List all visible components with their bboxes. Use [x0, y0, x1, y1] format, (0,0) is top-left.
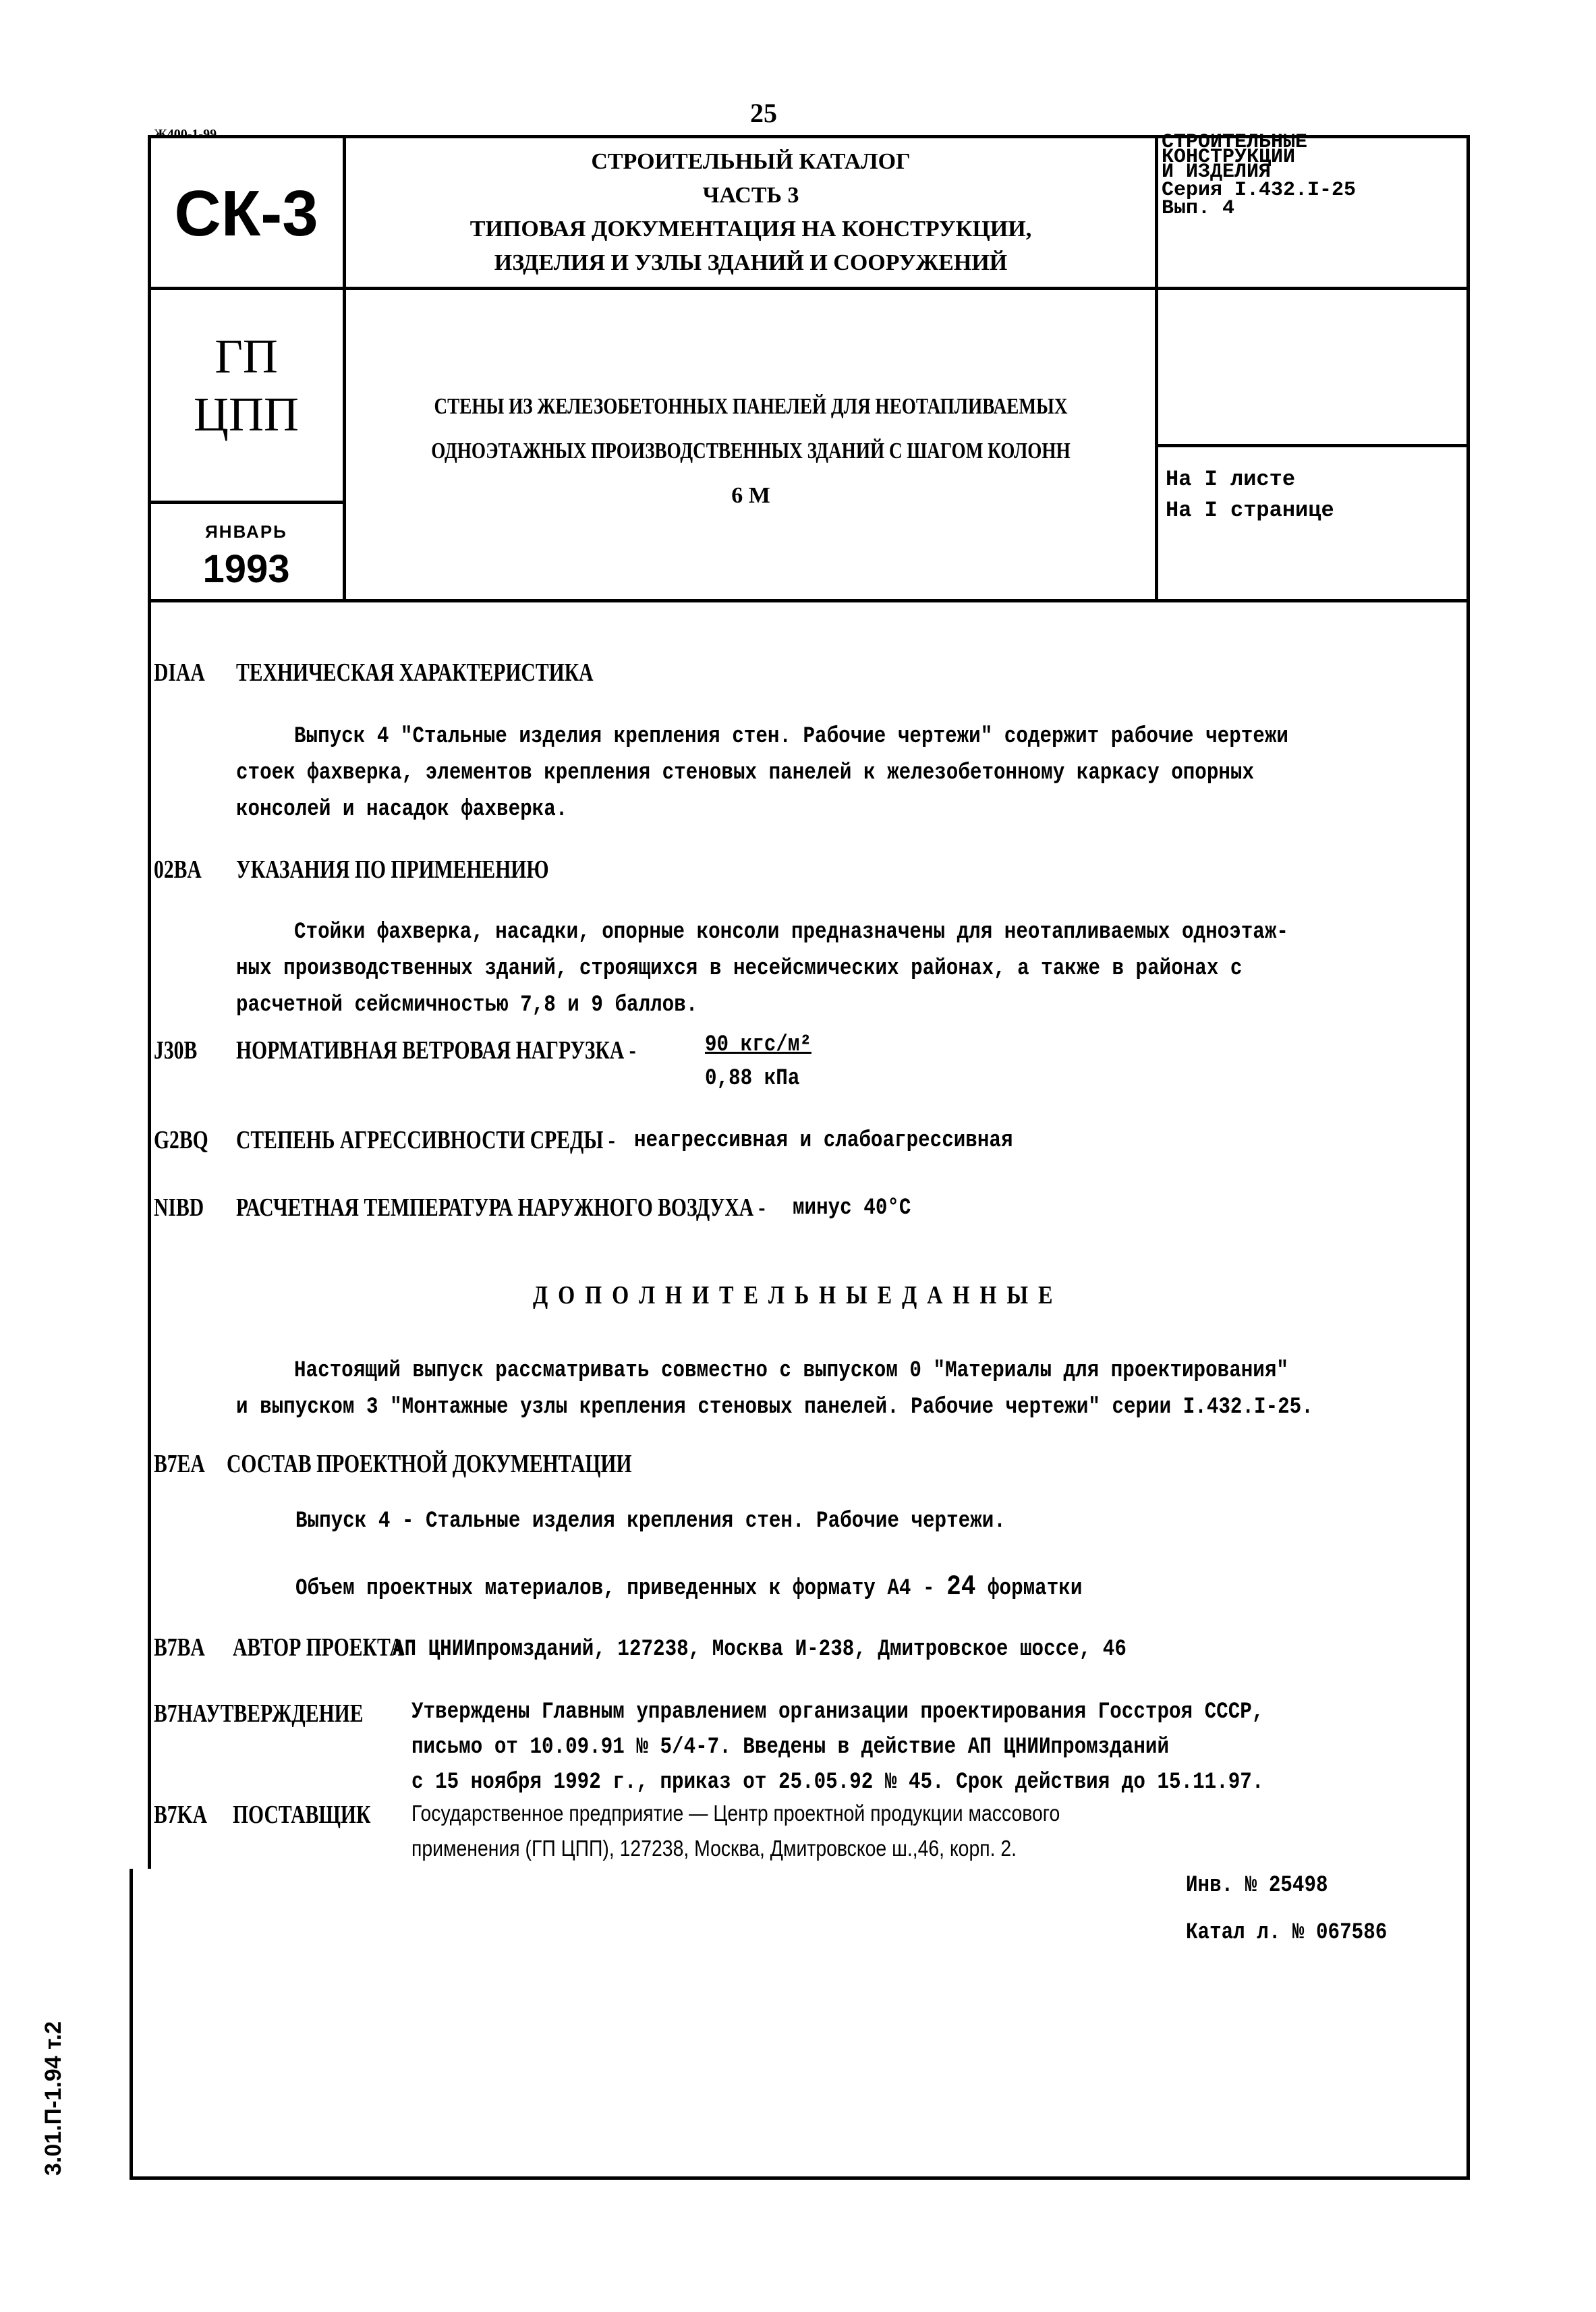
section-heading: ТЕХНИЧЕСКАЯ ХАРАКТЕРИСТИКА	[236, 658, 594, 687]
para-line: консолей и насадок фахверка.	[236, 791, 1288, 828]
para-line: ных производственных зданий, строящихся …	[236, 951, 1288, 987]
para-line: стоек фахверка, элементов крепления стен…	[236, 755, 1288, 791]
title-line: ОДНОЭТАЖНЫХ ПРОИЗВОДСТВЕННЫХ ЗДАНИЙ С ША…	[427, 429, 1075, 474]
section-heading: ПОСТАВЩИК	[233, 1800, 370, 1830]
document-title: СТЕНЫ ИЗ ЖЕЛЕЗОБЕТОННЫХ ПАНЕЛЕЙ ДЛЯ НЕОТ…	[346, 385, 1156, 518]
publisher-line: ЦПП	[148, 385, 345, 443]
supplier-paragraph: Государственное предприятие — Центр прое…	[411, 1796, 1060, 1866]
section-code: B7BA	[154, 1633, 205, 1662]
composition-line2: Объем проектных материалов, приведенных …	[295, 1569, 1082, 1607]
year: 1993	[148, 546, 345, 592]
publisher: ГП ЦПП	[148, 327, 345, 443]
classification-line: И ИЗДЕЛИЯ	[1162, 165, 1356, 179]
catalog-line: ИЗДЕЛИЯ И УЗЛЫ ЗДАНИЙ И СООРУЖЕНИЙ	[346, 246, 1156, 280]
section-code: 02BA	[154, 855, 202, 884]
section-heading: УКАЗАНИЯ ПО ПРИМЕНЕНИЮ	[236, 855, 549, 884]
month: ЯНВАРЬ	[148, 521, 345, 542]
section-heading: СТЕПЕНЬ АГРЕССИВНОСТИ СРЕДЫ -	[236, 1125, 615, 1155]
classification-line: Вып. 4	[1162, 201, 1356, 216]
section-heading: УТВЕРЖДЕНИЕ	[206, 1699, 363, 1728]
para-line: Утверждены Главным управлением организац…	[411, 1695, 1263, 1730]
section-code: G2BQ	[154, 1125, 208, 1155]
section-code: DIAA	[154, 658, 205, 687]
para-line: Стойки фахверка, насадки, опорные консол…	[236, 914, 1288, 951]
usage-paragraph: Стойки фахверка, насадки, опорные консол…	[236, 914, 1288, 1023]
para-line: Государственное предприятие — Центр прое…	[411, 1796, 1060, 1831]
frame-left-lower	[130, 1869, 133, 2179]
publisher-line: ГП	[148, 327, 345, 385]
section-code: B7HA	[154, 1699, 207, 1728]
page-number: 25	[750, 97, 777, 129]
catalog-title: СТРОИТЕЛЬНЫЙ КАТАЛОГ ЧАСТЬ 3 ТИПОВАЯ ДОК…	[346, 145, 1156, 280]
catalog-line: ТИПОВАЯ ДОКУМЕНТАЦИЯ НА КОНСТРУКЦИИ,	[346, 213, 1156, 246]
section-code: J30B	[154, 1036, 197, 1065]
header-row2-right	[1155, 444, 1470, 447]
extra-heading: Д О П О Л Н И Т Е Л Ь Н Ы Е Д А Н Н Ы Е	[533, 1280, 1055, 1310]
approval-paragraph: Утверждены Главным управлением организац…	[411, 1695, 1263, 1800]
composition-text: Объем проектных материалов, приведенных …	[295, 1576, 935, 1602]
para-line: письмо от 10.09.91 № 5/4-7. Введены в де…	[411, 1730, 1263, 1765]
inventory-number: Инв. № 25498	[1186, 1867, 1328, 1904]
tech-paragraph: Выпуск 4 "Стальные изделия крепления сте…	[236, 718, 1288, 828]
header-bottom	[148, 599, 1470, 602]
catalog-sheet-number: Катал л. № 067586	[1186, 1915, 1387, 1951]
para-line: применения (ГП ЦПП), 127238, Москва, Дми…	[411, 1831, 1060, 1866]
classification-block: СТРОИТЕЛЬНЫЕ КОНСТРУКЦИИ И ИЗДЕЛИЯ Серия…	[1162, 135, 1356, 216]
section-heading: РАСЧЕТНАЯ ТЕМПЕРАТУРА НАРУЖНОГО ВОЗДУХА …	[236, 1193, 765, 1222]
section-code: B7EA	[154, 1449, 205, 1479]
temp-value: минус 40°С	[793, 1190, 911, 1227]
section-code: B7KA	[154, 1800, 207, 1830]
frame-right	[1466, 135, 1470, 2179]
sheet-count: На I листе	[1166, 464, 1334, 495]
side-stamp: 3.01.П-1.94 т.2	[40, 2021, 67, 2176]
header-row2-left	[148, 501, 345, 504]
frame-bottom	[130, 2176, 1470, 2180]
section-heading: АВТОР ПРОЕКТА	[233, 1633, 404, 1662]
extra-paragraph: Настоящий выпуск рассматривать совместно…	[236, 1353, 1313, 1426]
section-code: NIBD	[154, 1193, 204, 1222]
header-row1	[148, 287, 1470, 290]
para-line: Настоящий выпуск рассматривать совместно…	[236, 1353, 1313, 1389]
aggr-value: неагрессивная и слабоагрессивная	[634, 1123, 1013, 1159]
para-line: и выпуском 3 "Монтажные узлы крепления с…	[236, 1389, 1313, 1426]
para-line: с 15 ноября 1992 г., приказ от 25.05.92 …	[411, 1765, 1263, 1800]
composition-suffix: форматки	[988, 1576, 1082, 1602]
wind-value-bottom: 0,88 кПа	[705, 1061, 799, 1097]
format-count: 24	[946, 1571, 975, 1603]
section-heading: СОСТАВ ПРОЕКТНОЙ ДОКУМЕНТАЦИИ	[227, 1449, 632, 1479]
composition-line1: Выпуск 4 - Стальные изделия крепления ст…	[295, 1503, 1006, 1540]
catalog-line: ЧАСТЬ 3	[346, 179, 1156, 213]
author-value: АП ЦНИИпромзданий, 127238, Москва И-238,…	[393, 1631, 1127, 1668]
sheet-info: На I листе На I странице	[1166, 464, 1334, 526]
title-line: СТЕНЫ ИЗ ЖЕЛЕЗОБЕТОННЫХ ПАНЕЛЕЙ ДЛЯ НЕОТ…	[427, 385, 1075, 429]
catalog-line: СТРОИТЕЛЬНЫЙ КАТАЛОГ	[346, 145, 1156, 179]
wind-value-top: 90 кгс/м²	[705, 1027, 811, 1063]
section-heading: НОРМАТИВНАЯ ВЕТРОВАЯ НАГРУЗКА -	[236, 1036, 636, 1065]
page-count: На I странице	[1166, 495, 1334, 526]
para-line: расчетной сейсмичностью 7,8 и 9 баллов.	[236, 987, 1288, 1023]
para-line: Выпуск 4 "Стальные изделия крепления сте…	[236, 718, 1288, 755]
title-line: 6 М	[346, 474, 1156, 518]
series-code: СК-3	[148, 177, 345, 251]
